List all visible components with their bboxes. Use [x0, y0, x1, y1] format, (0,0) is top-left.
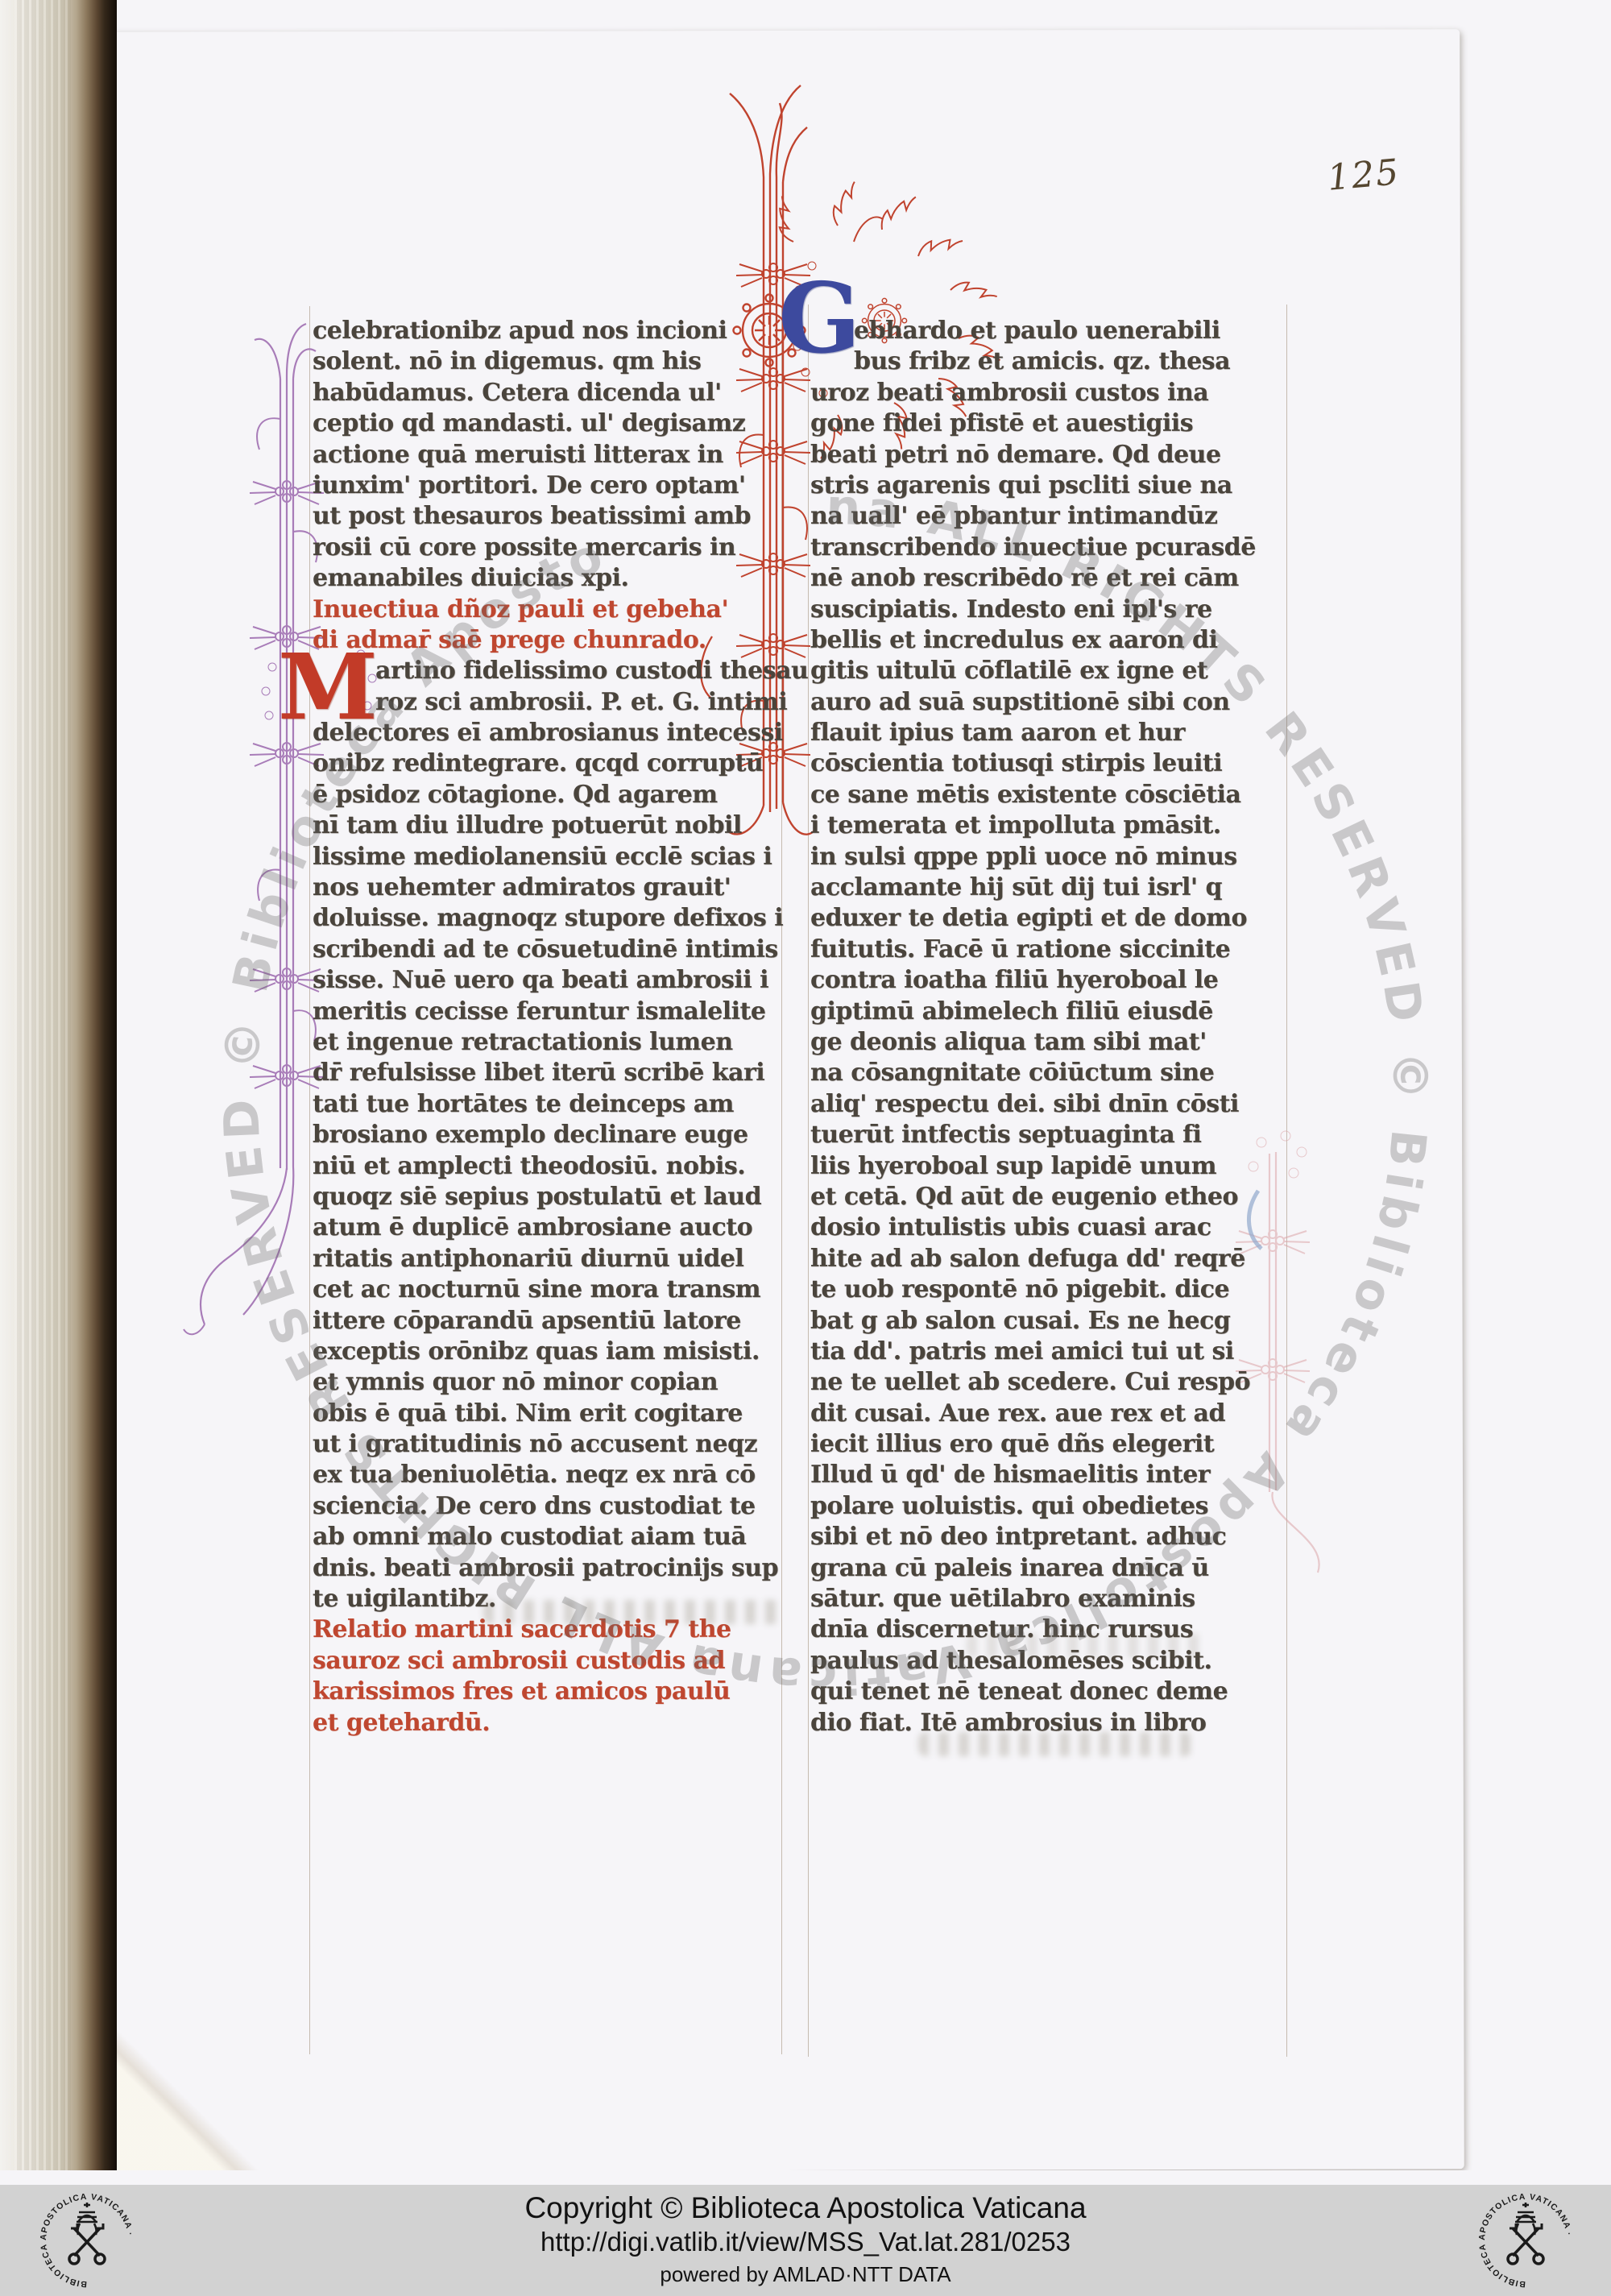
right-text-column: ebhardo et paulo uenerabilibus fribz et …	[810, 316, 1256, 1739]
manuscript-line: emanabiles diuicias xpi.	[313, 563, 808, 594]
manuscript-line: dit cusai. Aue rex. aue rex et ad	[810, 1399, 1256, 1429]
manuscript-line: roz sci ambrosii. P. et. G. intimi	[313, 687, 808, 718]
rubric-line: di admar̄ saē prege chunrado.	[313, 625, 808, 656]
manuscript-line: tuerūt intfectis septuaginta fi	[810, 1120, 1256, 1150]
manuscript-line: liis hyeroboal sup lapidē unum	[810, 1151, 1256, 1182]
manuscript-line: doluisse. magnoqz stupore defixos i	[313, 903, 808, 934]
manuscript-line: ittere cōparandū apsentiū latore	[313, 1306, 808, 1337]
manuscript-line: sibi et nō deo intpretant. adhuc	[810, 1522, 1256, 1552]
manuscript-line: ex tua beniuolētia. neqz ex nrā cō	[313, 1460, 808, 1490]
manuscript-line: transcribendo inuectiue pcurasdē	[810, 533, 1256, 563]
manuscript-line: quoqz siē sepius postulatū et laud	[313, 1182, 808, 1212]
vatican-library-emblem-icon: BIBLIOTECA APOSTOLICA VATICANA ·	[1475, 2188, 1576, 2293]
manuscript-line: grana cū paleis inarea dnīca ū	[810, 1553, 1256, 1584]
manuscript-line: dosio intulistis ubis cuasi arac	[810, 1212, 1256, 1243]
show-through-smudge	[918, 1732, 1192, 1756]
manuscript-line: in sulsi qppe ppli uoce nō minus	[810, 842, 1256, 872]
rubric-line: Inuectiua dñoz pauli et gebeha'	[313, 595, 808, 625]
manuscript-line: i temerata et impolluta pmāsit.	[810, 810, 1256, 841]
manuscript-line: meritis cecisse feruntur ismalelite	[313, 997, 808, 1027]
manuscript-line: niū et amplecti theodosiū. nobis.	[313, 1151, 808, 1182]
rubric-line: et getehardū.	[313, 1708, 808, 1739]
show-through-smudge	[483, 1600, 781, 1624]
manuscript-line: acclamante hij sūt dij tui isrl' q	[810, 872, 1256, 903]
initial-letter-m: M	[278, 643, 378, 733]
powered-by-text: powered by AMLAD·NTT DATA	[0, 2262, 1611, 2287]
manuscript-line: bat g ab salon cusai. Es ne hecg	[810, 1306, 1256, 1337]
manuscript-line: ē psidoz cōtagione. Qd agarem	[313, 780, 808, 810]
manuscript-line: atum ē duplicē ambrosiane aucto	[313, 1212, 808, 1243]
manuscript-line: giptimū abimelech filiū eiusdē	[810, 997, 1256, 1027]
manuscript-line: ge deonis aliqua tam sibi mat'	[810, 1027, 1256, 1058]
left-text-column: celebrationibz apud nos incionisolent. n…	[313, 316, 808, 1739]
manuscript-line: eduxer te detia egipti et de domo	[810, 903, 1256, 934]
manuscript-line: iecit illius ero quē dñs elegerit	[810, 1429, 1256, 1460]
manuscript-line: celebrationibz apud nos incioni	[313, 316, 808, 346]
manuscript-line: onibz redintegrare. qcqd corruptū	[313, 748, 808, 779]
manuscript-line: tia dd'. patris mei amici tui ut si	[810, 1337, 1256, 1367]
manuscript-line: na uall' eē pbantur intimandūz	[810, 501, 1256, 532]
manuscript-line: sātur. que uētilabro examinis	[810, 1584, 1256, 1614]
manuscript-line: et ymnis quor nō minor copian	[313, 1367, 808, 1398]
manuscript-line: stris agarenis qui pscliti siue na	[810, 470, 1256, 501]
manuscript-line: artino fidelissimo custodi thesau	[313, 656, 808, 686]
manuscript-line: tati tue hortātes te deinceps am	[313, 1089, 808, 1120]
manuscript-line: beati petri nō demare. Qd deue	[810, 440, 1256, 470]
show-through-smudge	[967, 1634, 1208, 1658]
manuscript-line: gitis uitulū cōflatilē ex igne et	[810, 656, 1256, 686]
manuscript-line: ritatis antiphonariū diurnū uidel	[313, 1244, 808, 1274]
folio-number: 125	[1326, 151, 1402, 199]
source-url-text: http://digi.vatlib.it/view/MSS_Vat.lat.2…	[0, 2227, 1611, 2257]
manuscript-line: te uob respontē nō pigebit. dice	[810, 1274, 1256, 1305]
manuscript-line: Illud ū qd' de hismaelitis inter	[810, 1460, 1256, 1490]
manuscript-line: ce sane mētis existente cōsciētia	[810, 780, 1256, 810]
footer-bar: Copyright © Biblioteca Apostolica Vatica…	[0, 2185, 1611, 2296]
manuscript-line: iunxim' portitori. De cero optam'	[313, 470, 808, 501]
manuscript-line: ab omni malo custodiat aiam tuā	[313, 1522, 808, 1552]
manuscript-line: polare uoluistis. qui obedietes	[810, 1491, 1256, 1522]
manuscript-line: uroz beati ambrosii custos ina	[810, 378, 1256, 408]
manuscript-line: nos uehemter admiratos grauit'	[313, 872, 808, 903]
manuscript-line: nē anob rescribēdo rē et rei cām	[810, 563, 1256, 594]
manuscript-line: contra ioatha filiū hyeroboal le	[810, 965, 1256, 996]
manuscript-line: habūdamus. Cetera dicenda ul'	[313, 378, 808, 408]
manuscript-line: scribendi ad te cōsuetudinē intimis	[313, 935, 808, 965]
manuscript-line: nī tam diu illudre potuerūt nobil	[313, 810, 808, 841]
manuscript-line: aliq' respectu dei. sibi dnīn cōsti	[810, 1089, 1256, 1120]
manuscript-line: na cōsangnitate cōiūctum sine	[810, 1058, 1256, 1088]
manuscript-line: delectores eī ambrosianus intecessi	[313, 718, 808, 748]
manuscript-line: fuitutis. Facē ū ratione siccinite	[810, 935, 1256, 965]
manuscript-line: ne te uellet ab scedere. Cui respō	[810, 1367, 1256, 1398]
manuscript-line: bus fribz et amicis. qz. thesa	[810, 346, 1256, 377]
manuscript-line: dnis. beati ambrosii patrocinijs sup	[313, 1553, 808, 1584]
vatican-library-emblem-icon: BIBLIOTECA APOSTOLICA VATICANA ·	[36, 2188, 138, 2293]
manuscript-line: gone fidei pfistē et auestigiis	[810, 408, 1256, 439]
manuscript-line: sisse. Nuē uero qa beati ambrosii i	[313, 965, 808, 996]
manuscript-line: rosii cū core possite mercaris in	[313, 533, 808, 563]
manuscript-line: bellis et incredulus ex aaron di	[810, 625, 1256, 656]
manuscript-line: et cetā. Qd aūt de eugenio etheo	[810, 1182, 1256, 1212]
manuscript-line: solent. nō in digemus. qm his	[313, 346, 808, 377]
manuscript-line: qui tenet nē teneat donec deme	[810, 1676, 1256, 1707]
manuscript-line: dr̄ refulsisse libet iterū scribē kari	[313, 1058, 808, 1088]
manuscript-line: cet ac nocturnū sine mora transm	[313, 1274, 808, 1305]
rubric-line: sauroz sci ambrosii custodis ad	[313, 1646, 808, 1676]
manuscript-line: brosiano exemplo declinare euge	[313, 1120, 808, 1150]
manuscript-line: et ingenue retractationis lumen	[313, 1027, 808, 1058]
page-margin-gap	[0, 2170, 1611, 2185]
manuscript-line: auro ad suā supstitionē sibi con	[810, 687, 1256, 718]
manuscript-line: flauit ipius tam aaron et hur	[810, 718, 1256, 748]
manuscript-line: ceptio qd mandasti. ul' degisamz	[313, 408, 808, 439]
manuscript-line: sciencia. De cero dns custodiat te	[313, 1491, 808, 1522]
manuscript-line: suscipiatis. Indesto eni ipl's re	[810, 595, 1256, 625]
manuscript-line: ebhardo et paulo uenerabili	[810, 316, 1256, 346]
manuscript-line: ut i gratitudinis nō accusent neqz	[313, 1429, 808, 1460]
copyright-text: Copyright © Biblioteca Apostolica Vatica…	[0, 2191, 1611, 2225]
manuscript-line: hite ad ab salon defuga dd' reqrē	[810, 1244, 1256, 1274]
manuscript-line: actione quā meruisti litterax in	[313, 440, 808, 470]
initial-letter-g: G	[778, 271, 860, 367]
manuscript-line: exceptis orōnibz quas iam misisti.	[313, 1337, 808, 1367]
manuscript-line: lissime mediolanensiū ecclē scias i	[313, 842, 808, 872]
manuscript-line: obis ē quā tibi. Nim erit cogitare	[313, 1399, 808, 1429]
manuscript-line: ut post thesauros beatissimi amb	[313, 501, 808, 532]
rubric-line: karissimos fres et amicos paulū	[313, 1676, 808, 1707]
manuscript-scan-page: celebrationibz apud nos incionisolent. n…	[0, 0, 1611, 2296]
manuscript-line: cōscientia totiusqi stirpis leuiti	[810, 748, 1256, 779]
